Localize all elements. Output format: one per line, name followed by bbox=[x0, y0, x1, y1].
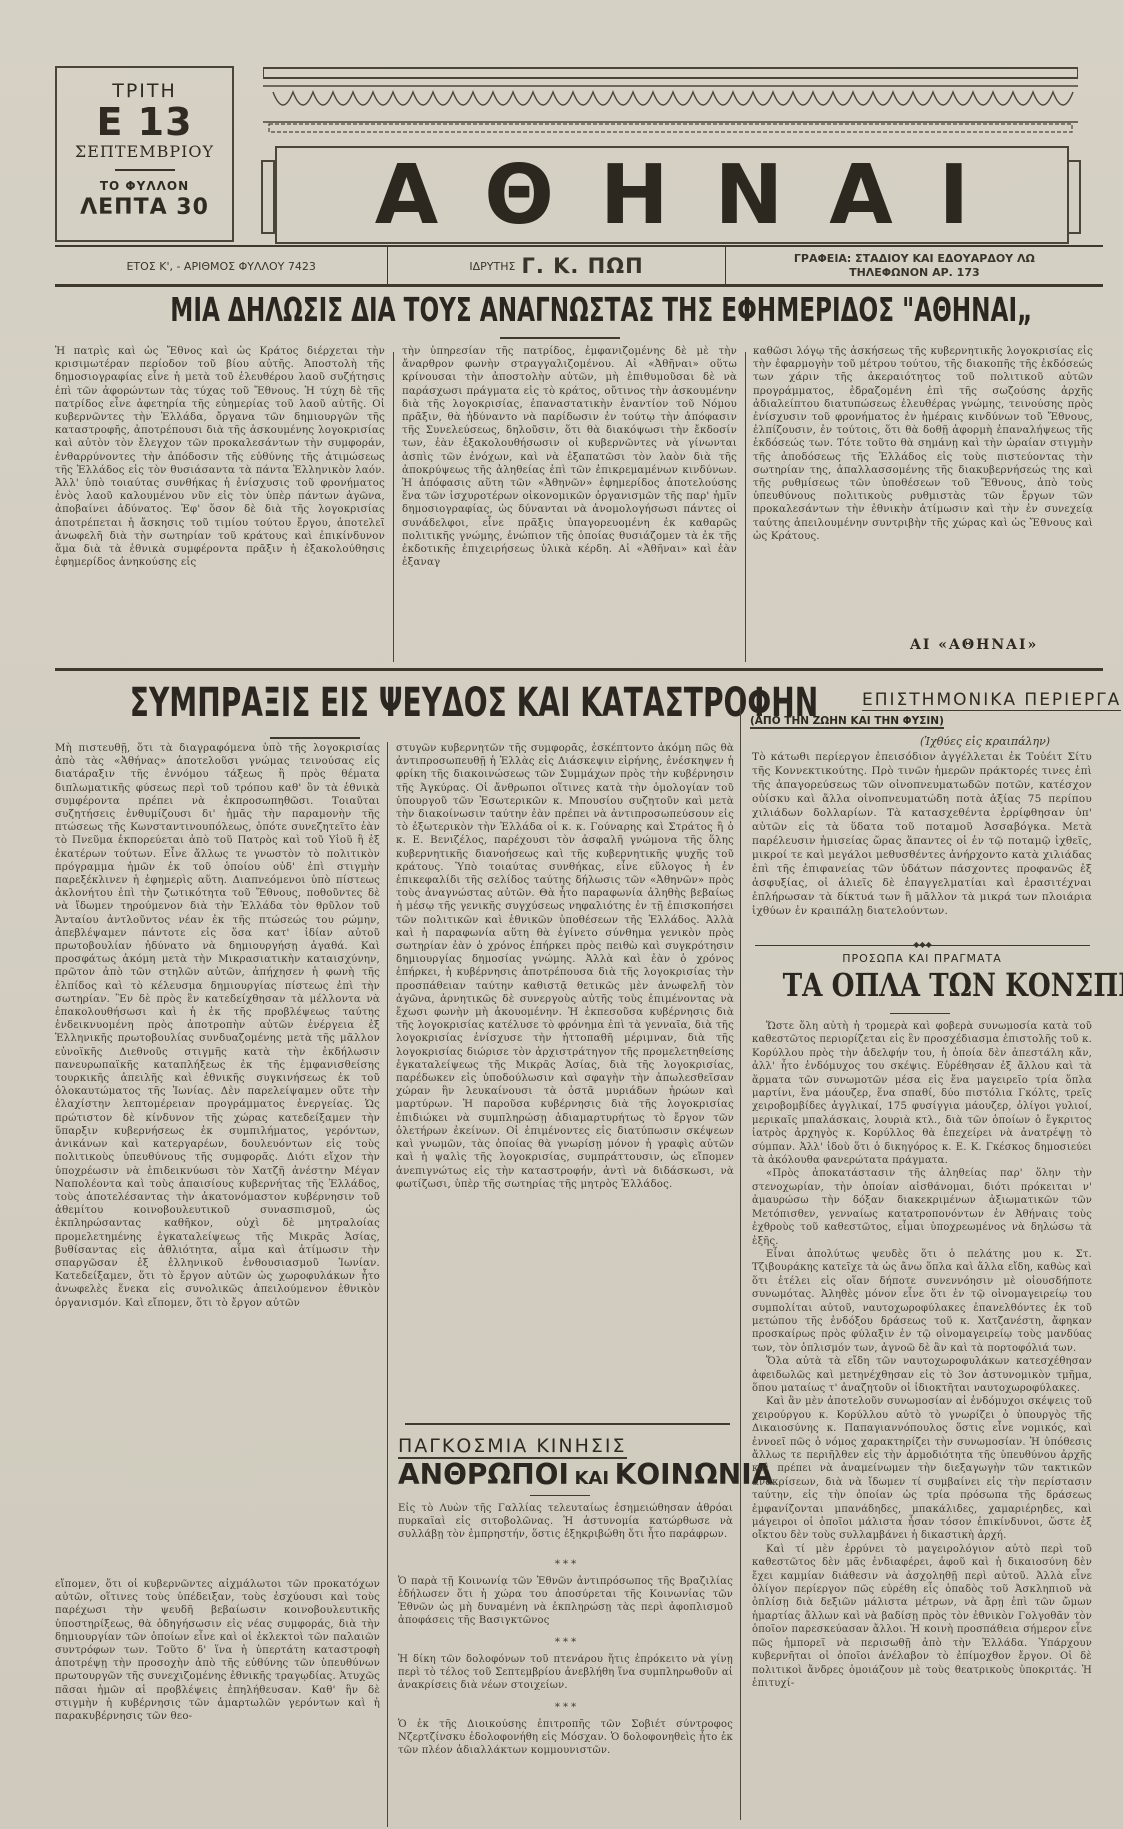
column-rule bbox=[393, 352, 394, 662]
science-subtitle: (ΑΠΟ ΤΗΝ ΖΩΗΝ ΚΑΙ ΤΗΝ ΦΥΣΙΝ) bbox=[750, 715, 944, 729]
divider bbox=[890, 1013, 950, 1014]
sheet-label: ΤΟ ΦΥΛΛΟΝ bbox=[57, 179, 232, 193]
column-rule bbox=[740, 690, 741, 1820]
science-item-title: (Ἰχθύες εἰς κραιπάλην) bbox=[920, 735, 1050, 748]
column-rule bbox=[745, 352, 746, 662]
date-box: ΤΡΙΤΗ Ε 13 ΣΕΠΤΕΜΒΡΙΟΥ ΤΟ ΦΥΛΛΟΝ ΛΕΠΤΑ 3… bbox=[55, 66, 234, 242]
divider bbox=[55, 668, 1103, 671]
konspirater-body: Ὥστε ὅλη αὐτὴ ἡ τρομερὰ καὶ φοβερὰ συνωμ… bbox=[752, 1020, 1092, 1815]
second-column-1: Μὴ πιστευθῇ, ὅτι τὰ διαγραφόμενα ὑπὸ τῆς… bbox=[55, 742, 380, 1432]
konspirater-headline: ΤΑ ΟΠΛΑ ΤΩΝ ΚΟΝΣΠΙΡΑΤΕΡ bbox=[783, 966, 1062, 1004]
divider bbox=[405, 1423, 730, 1425]
weekday: ΤΡΙΤΗ bbox=[57, 80, 232, 102]
lead-column-1: Ἡ πατρὶς καὶ ὡς Ἔθνος καὶ ὡς Κράτος διέρ… bbox=[55, 345, 385, 665]
office-info: ΓΡΑΦΕΙΑ: ΣΤΑΔΙΟΥ ΚΑΙ ΕΔΟΥΑΡΔΟΥ ΛΩ ΤΗΛΕΦΩ… bbox=[726, 247, 1103, 285]
world-item-1: Εἰς τὸ Λυὼν τῆς Γαλλίας τελευταίως ἐσημε… bbox=[398, 1502, 733, 1541]
world-kicker: ΠΑΓΚΟΣΜΙΑ ΚΙΝΗΣΙΣ bbox=[398, 1435, 627, 1459]
separator-stars: * * * bbox=[398, 1703, 733, 1713]
month: ΣΕΠΤΕΜΒΡΙΟΥ bbox=[57, 142, 232, 161]
cornice-ornament-icon bbox=[263, 66, 1078, 134]
world-headline-a: ΑΝΘΡΩΠΟΙ bbox=[398, 1458, 569, 1491]
second-headline: ΣΥΜΠΡΑΞΙΣ ΕΙΣ ΨΕΥΔΟΣ ΚΑΙ ΚΑΤΑΣΤΡΟΦΗΝ bbox=[130, 680, 660, 726]
info-bar: ΕΤΟΣ Κ', - ΑΡΙΘΜΟΣ ΦΥΛΛΟΥ 7423 ΙΔΡΥΤΗΣ Γ… bbox=[55, 245, 1103, 285]
nameplate-ear-left bbox=[261, 160, 275, 234]
divider bbox=[270, 737, 360, 739]
paragraph: Ὥστε ὅλη αὐτὴ ἡ τρομερὰ καὶ φοβερὰ συνωμ… bbox=[752, 1020, 1092, 1167]
newspaper-title: ΑΘΗΝΑΙ bbox=[329, 148, 1015, 243]
world-headline: ΑΝΘΡΩΠΟΙ ΚΑΙ ΚΟΙΝΩΝΙΑ bbox=[398, 1458, 733, 1491]
divider bbox=[530, 1495, 590, 1496]
science-title: ΕΠΙΣΤΗΜΟΝΙΚΑ ΠΕΡΙΕΡΓΑ bbox=[862, 690, 1121, 711]
offices: ΓΡΑΦΕΙΑ: ΣΤΑΔΙΟΥ ΚΑΙ ΕΔΟΥΑΡΔΟΥ ΛΩ bbox=[794, 252, 1035, 266]
separator-stars: * * * bbox=[398, 1560, 733, 1570]
second-column-2: στυγῶν κυβερνητῶν τῆς συμφορᾶς, ἐσκέπτον… bbox=[396, 742, 734, 1382]
nameplate-ear-right bbox=[1067, 160, 1081, 234]
signature: ΑΙ «ΑΘΗΝΑΙ» bbox=[910, 637, 1038, 653]
world-item-3: Ἡ δίκη τῶν δολοφόνων τοῦ πτενάρου ἥτις ἐ… bbox=[398, 1653, 733, 1692]
world-headline-and: ΚΑΙ bbox=[574, 1468, 609, 1489]
paragraph: Καὶ τί μὲν ἐρρύνει τὸ μαγειρολόγιον αὐτὸ… bbox=[752, 1543, 1092, 1690]
world-headline-b: ΚΟΙΝΩΝΙΑ bbox=[615, 1458, 774, 1491]
paragraph: Εἶναι ἀπολύτως ψευδὲς ὅτι ὁ πελάτης μου … bbox=[752, 1248, 1092, 1355]
lead-column-2: τὴν ὑπηρεσίαν τῆς πατρίδος, ἐμφανιζομένη… bbox=[402, 345, 737, 665]
phone: ΤΗΛΕΦΩΝΟΝ ΑΡ. 173 bbox=[849, 266, 980, 280]
divider bbox=[115, 169, 175, 171]
paragraph: Καὶ ἂν μὲν ἀποτελοῦν συνωμοσίαν αἱ ἐνδόμ… bbox=[752, 1395, 1092, 1542]
newspaper-page: ΤΡΙΤΗ Ε 13 ΣΕΠΤΕΜΒΡΙΟΥ ΤΟ ΦΥΛΛΟΝ ΛΕΠΤΑ 3… bbox=[0, 0, 1123, 1829]
paragraph: Ὅλα αὐτὰ τὰ εἴδη τῶν ναυτοχωροφυλάκων κα… bbox=[752, 1355, 1092, 1395]
world-item-2: Ὁ παρὰ τῇ Κοινωνίᾳ τῶν Ἐθνῶν ἀντιπρόσωπο… bbox=[398, 1575, 733, 1627]
divider bbox=[500, 337, 620, 339]
lead-headline: ΜΙΑ ΔΗΛΩΣΙΣ ΔΙΑ ΤΟΥΣ ΑΝΑΓΝΩΣΤΑΣ ΤΗΣ ΕΦΗΜ… bbox=[170, 290, 987, 329]
world-item-4: Ὁ ἐκ τῆς Διοικούσης ἐπιτροπῆς τῶν Σοβιέτ… bbox=[398, 1718, 733, 1757]
separator-stars: * * * bbox=[398, 1638, 733, 1648]
ornament-icon: ◆◆◆ bbox=[755, 940, 1090, 949]
founder-name: Γ. Κ. ΠΩΠ bbox=[521, 254, 643, 278]
masthead: ΑΘΗΝΑΙ bbox=[245, 66, 1103, 241]
column-rule bbox=[387, 742, 388, 1827]
paragraph: «Πρὸς ἀποκατάστασιν τῆς ἀληθείας παρ' ὅλ… bbox=[752, 1167, 1092, 1247]
divider bbox=[55, 284, 1103, 287]
nameplate: ΑΘΗΝΑΙ bbox=[275, 146, 1069, 244]
founder-label: ΙΔΡΥΤΗΣ bbox=[469, 260, 515, 273]
lead-column-3: καθῶσι λόγῳ τῆς ἀσκήσεως τῆς κυβερνητικῆ… bbox=[753, 345, 1093, 635]
second-continuation: εἴπομεν, ὅτι οἱ κυβερνῶντες αἰχμάλωτοι τ… bbox=[55, 1578, 380, 1818]
konspirater-kicker: ΠΡΟΣΩΠΑ ΚΑΙ ΠΡΑΓΜΑΤΑ bbox=[752, 952, 1092, 965]
date-number: Ε 13 bbox=[57, 102, 232, 142]
founder: ΙΔΡΥΤΗΣ Γ. Κ. ΠΩΠ bbox=[388, 247, 725, 285]
price: ΛΕΠΤΑ 30 bbox=[57, 195, 232, 220]
issue-number: ΕΤΟΣ Κ', - ΑΡΙΘΜΟΣ ΦΥΛΛΟΥ 7423 bbox=[55, 247, 388, 285]
science-body: Τὸ κάτωθι περίεργον ἐπεισόδιον ἀγγέλλετα… bbox=[752, 750, 1092, 918]
